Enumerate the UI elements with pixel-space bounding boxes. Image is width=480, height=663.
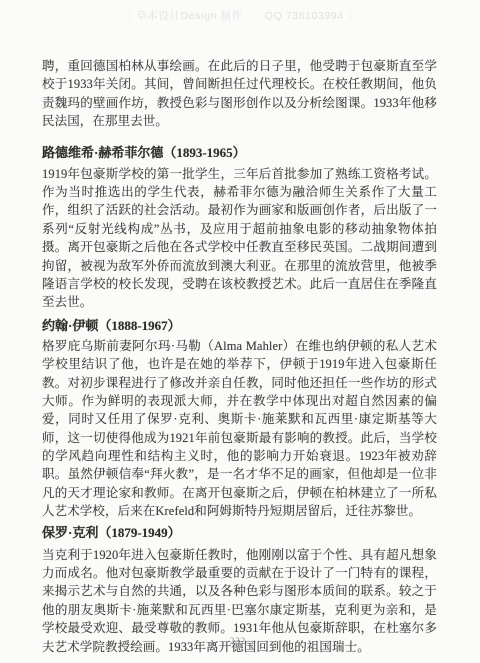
- section-itten: 约翰·伊顿（1888-1967） 格罗庇乌斯前妻阿尔玛·马勒（Alma Mahl…: [42, 317, 437, 521]
- section-heading: 保罗·克利（1879-1949）: [42, 524, 437, 542]
- scanned-book-page: ［ 草本设计Design 制作 QQ 736103994 ］ 聘，重回德国柏林从…: [0, 0, 480, 663]
- section-heading: 约翰·伊顿（1888-1967）: [42, 317, 437, 335]
- section-hirschfeld: 路德维希·赫希菲尔德（1893-1965） 1919年包豪斯学校的第一批学生，三…: [42, 144, 437, 311]
- text-block: 聘，重回德国柏林从事绘画。在此后的日子里，他受聘于包豪斯直至学校于1933年关闭…: [42, 0, 437, 656]
- page-number: 232: [0, 636, 476, 646]
- section-heading: 路德维希·赫希菲尔德（1893-1965）: [42, 144, 437, 162]
- section-body: 1919年包豪斯学校的第一批学生，三年后首批参加了熟练工资格考试。作为当时推选出…: [42, 165, 437, 312]
- continuation-paragraph: 聘，重回德国柏林从事绘画。在此后的日子里，他受聘于包豪斯直至学校于1933年关闭…: [42, 57, 437, 130]
- section-body: 格罗庇乌斯前妻阿尔玛·马勒（Alma Mahler）在维也纳伊顿的私人艺术学校里…: [42, 337, 437, 520]
